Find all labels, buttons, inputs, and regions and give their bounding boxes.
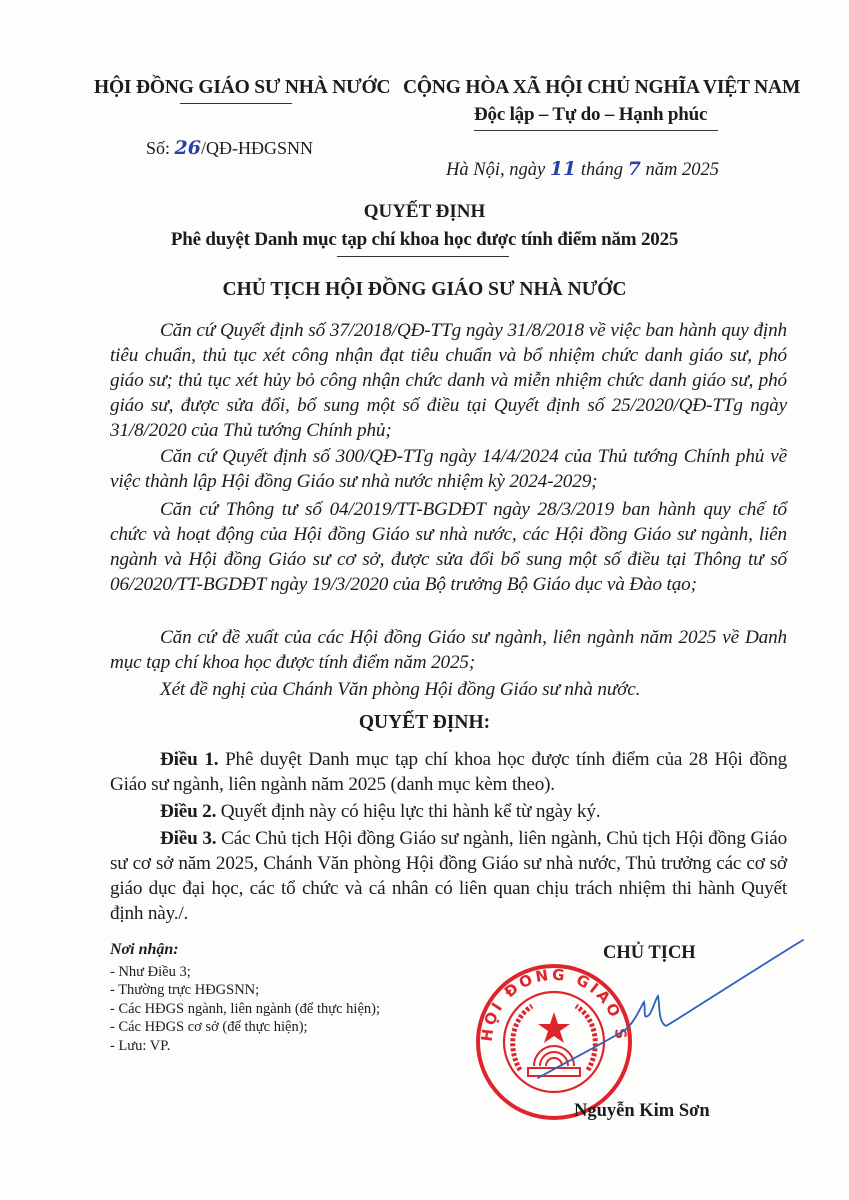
motto-underline — [474, 130, 718, 131]
article-2: Điều 2. Quyết định này có hiệu lực thi h… — [110, 799, 787, 824]
preamble-proposal: Xét đề nghị của Chánh Văn phòng Hội đồng… — [110, 677, 787, 702]
issuing-org: HỘI ĐỒNG GIÁO SƯ NHÀ NƯỚC — [94, 77, 390, 99]
preamble-basis-4: Căn cứ đề xuất của các Hội đồng Giáo sư … — [110, 625, 787, 675]
recipient-item: - Các HĐGS ngành, liên ngành (để thực hi… — [110, 1000, 380, 1018]
recipients-list: - Như Điều 3; - Thường trực HĐGSNN; - Cá… — [110, 963, 380, 1055]
document-subtitle: Phê duyệt Danh mục tạp chí khoa học được… — [0, 229, 849, 251]
national-title: CỘNG HÒA XÃ HỘI CHỦ NGHĨA VIỆT NAM — [403, 77, 800, 99]
org-underline — [180, 103, 292, 104]
recipient-item: - Thường trực HĐGSNN; — [110, 981, 380, 999]
number-suffix: /QĐ-HĐGSNN — [201, 138, 313, 158]
number-handwritten: 26 — [175, 137, 201, 159]
article-2-label: Điều 2. — [160, 801, 216, 822]
preamble-basis-3: Căn cứ Thông tư số 04/2019/TT-BGDĐT ngày… — [110, 497, 787, 597]
subtitle-underline — [337, 256, 509, 257]
document-number: Số: 26/QĐ-HĐGSNN — [146, 137, 313, 159]
article-2-text: Quyết định này có hiệu lực thi hành kể t… — [216, 801, 600, 822]
signer-name: Nguyễn Kim Sơn — [574, 1101, 710, 1122]
document-title: QUYẾT ĐỊNH — [0, 201, 849, 223]
recipients-block: Nơi nhận: - Như Điều 3; - Thường trực HĐ… — [110, 941, 380, 1055]
recipient-item: - Như Điều 3; — [110, 963, 380, 981]
authority-heading: CHỦ TỊCH HỘI ĐỒNG GIÁO SƯ NHÀ NƯỚC — [0, 279, 849, 301]
recipient-item: - Lưu: VP. — [110, 1037, 380, 1055]
preamble-basis-2: Căn cứ Quyết định số 300/QĐ-TTg ngày 14/… — [110, 444, 787, 494]
signature-stroke-icon — [530, 930, 810, 1090]
date-day: 11 — [550, 158, 576, 180]
date-place: Hà Nội, ngày — [446, 160, 545, 180]
recipient-item: - Các HĐGS cơ sở (để thực hiện); — [110, 1018, 380, 1036]
date-year: năm 2025 — [646, 160, 720, 180]
number-prefix: Số: — [146, 138, 170, 158]
recipients-title: Nơi nhận: — [110, 941, 380, 959]
article-3: Điều 3. Các Chủ tịch Hội đồng Giáo sư ng… — [110, 826, 787, 926]
preamble-basis-1: Căn cứ Quyết định số 37/2018/QĐ-TTg ngày… — [110, 318, 787, 443]
national-motto: Độc lập – Tự do – Hạnh phúc — [474, 104, 707, 126]
document-date: Hà Nội, ngày 11 tháng 7 năm 2025 — [446, 158, 719, 181]
decision-heading: QUYẾT ĐỊNH: — [0, 712, 849, 734]
article-1: Điều 1. Phê duyệt Danh mục tạp chí khoa … — [110, 747, 787, 797]
date-month: 7 — [628, 158, 641, 180]
article-3-label: Điều 3. — [160, 828, 216, 849]
date-month-label: tháng — [581, 160, 623, 180]
article-1-label: Điều 1. — [160, 749, 218, 770]
